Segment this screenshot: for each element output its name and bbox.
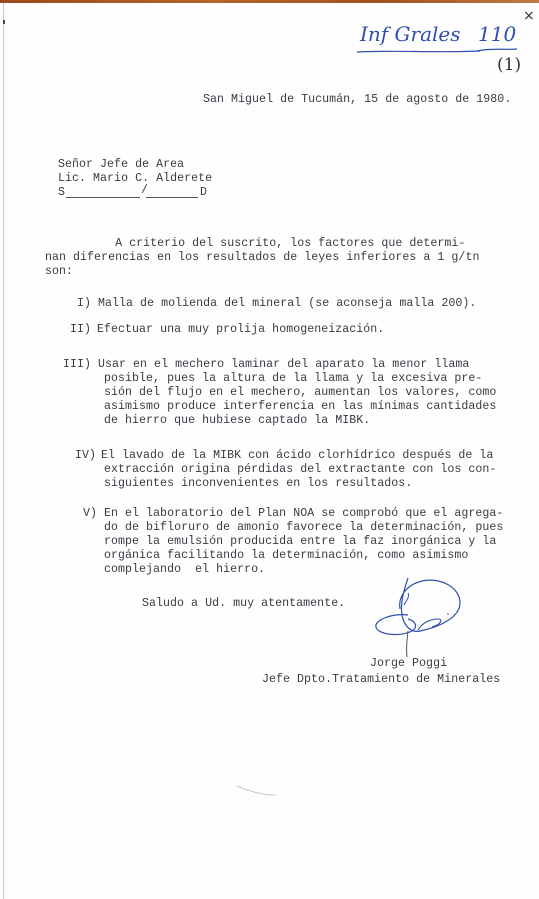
intro-line: nan diferencias en los resultados de ley…	[45, 251, 479, 264]
item-line: Usar en el mechero laminar del aparato l…	[98, 358, 469, 371]
item-line: posible, pues la altura de la llama y la…	[104, 372, 482, 385]
item-line: complejando el hierro.	[104, 563, 265, 576]
recipient-line-2: Lic. Mario C. Alderete	[58, 172, 212, 185]
faint-pencil-stroke	[230, 780, 300, 800]
item-numeral: V)	[83, 507, 97, 520]
item-numeral: I)	[77, 297, 91, 310]
recipient-line-3-left: S	[58, 186, 65, 199]
signature-name: Jorge Poggi	[370, 657, 447, 670]
signature-scribble	[360, 575, 470, 660]
punch-mark	[3, 20, 5, 24]
scan-top-edge	[0, 0, 539, 3]
folio-number: (1)	[497, 55, 521, 75]
place-date: San Miguel de Tucumán, 15 de agosto de 1…	[203, 93, 511, 106]
item-numeral: III)	[63, 358, 91, 371]
item-line: sión del flujo en el mechero, aumentan l…	[104, 386, 496, 399]
item-line: asimismo produce interferencia en las mí…	[104, 400, 496, 413]
recipient-blank-line-2	[146, 197, 198, 198]
closing: Saludo a Ud. muy atentamente.	[142, 597, 345, 610]
corner-x-mark: ×	[523, 8, 535, 24]
item-numeral: IV)	[75, 449, 96, 462]
handwritten-reference: Inf Grales	[360, 22, 461, 46]
recipient-line-3-sep: /	[141, 184, 148, 197]
item-numeral: II)	[70, 323, 91, 336]
recipient-blank-line-1	[66, 197, 140, 198]
intro-line: son:	[45, 265, 73, 278]
item-line: do de bifloruro de amonio favorece la de…	[104, 521, 503, 534]
item-line: Efectuar una muy prolija homogeneización…	[97, 323, 384, 336]
item-line: En el laboratorio del Plan NOA se compro…	[104, 507, 503, 520]
item-line: siguientes inconvenientes en los resulta…	[104, 477, 412, 490]
scan-left-edge	[3, 3, 4, 899]
item-line: de hierro que hubiese captado la MIBK.	[104, 414, 370, 427]
signature-title: Jefe Dpto.Tratamiento de Minerales	[262, 673, 500, 686]
item-line: extracción origina pérdidas del extracta…	[104, 463, 496, 476]
handwritten-number: 110	[478, 22, 516, 46]
document-page: × Inf Grales 110 (1) San Miguel de Tucum…	[0, 0, 539, 899]
item-line: El lavado de la MIBK con ácido clorhídri…	[101, 449, 493, 462]
item-line: rompe la emulsión producida entre la faz…	[104, 535, 496, 548]
recipient-line-1: Señor Jefe de Area	[58, 158, 184, 171]
recipient-line-3-right: D	[200, 186, 207, 199]
item-line: orgánica facilitando la determinación, c…	[104, 549, 468, 562]
intro-line: A criterio del suscrito, los factores qu…	[45, 237, 465, 250]
item-line: Malla de molienda del mineral (se aconse…	[98, 297, 476, 310]
